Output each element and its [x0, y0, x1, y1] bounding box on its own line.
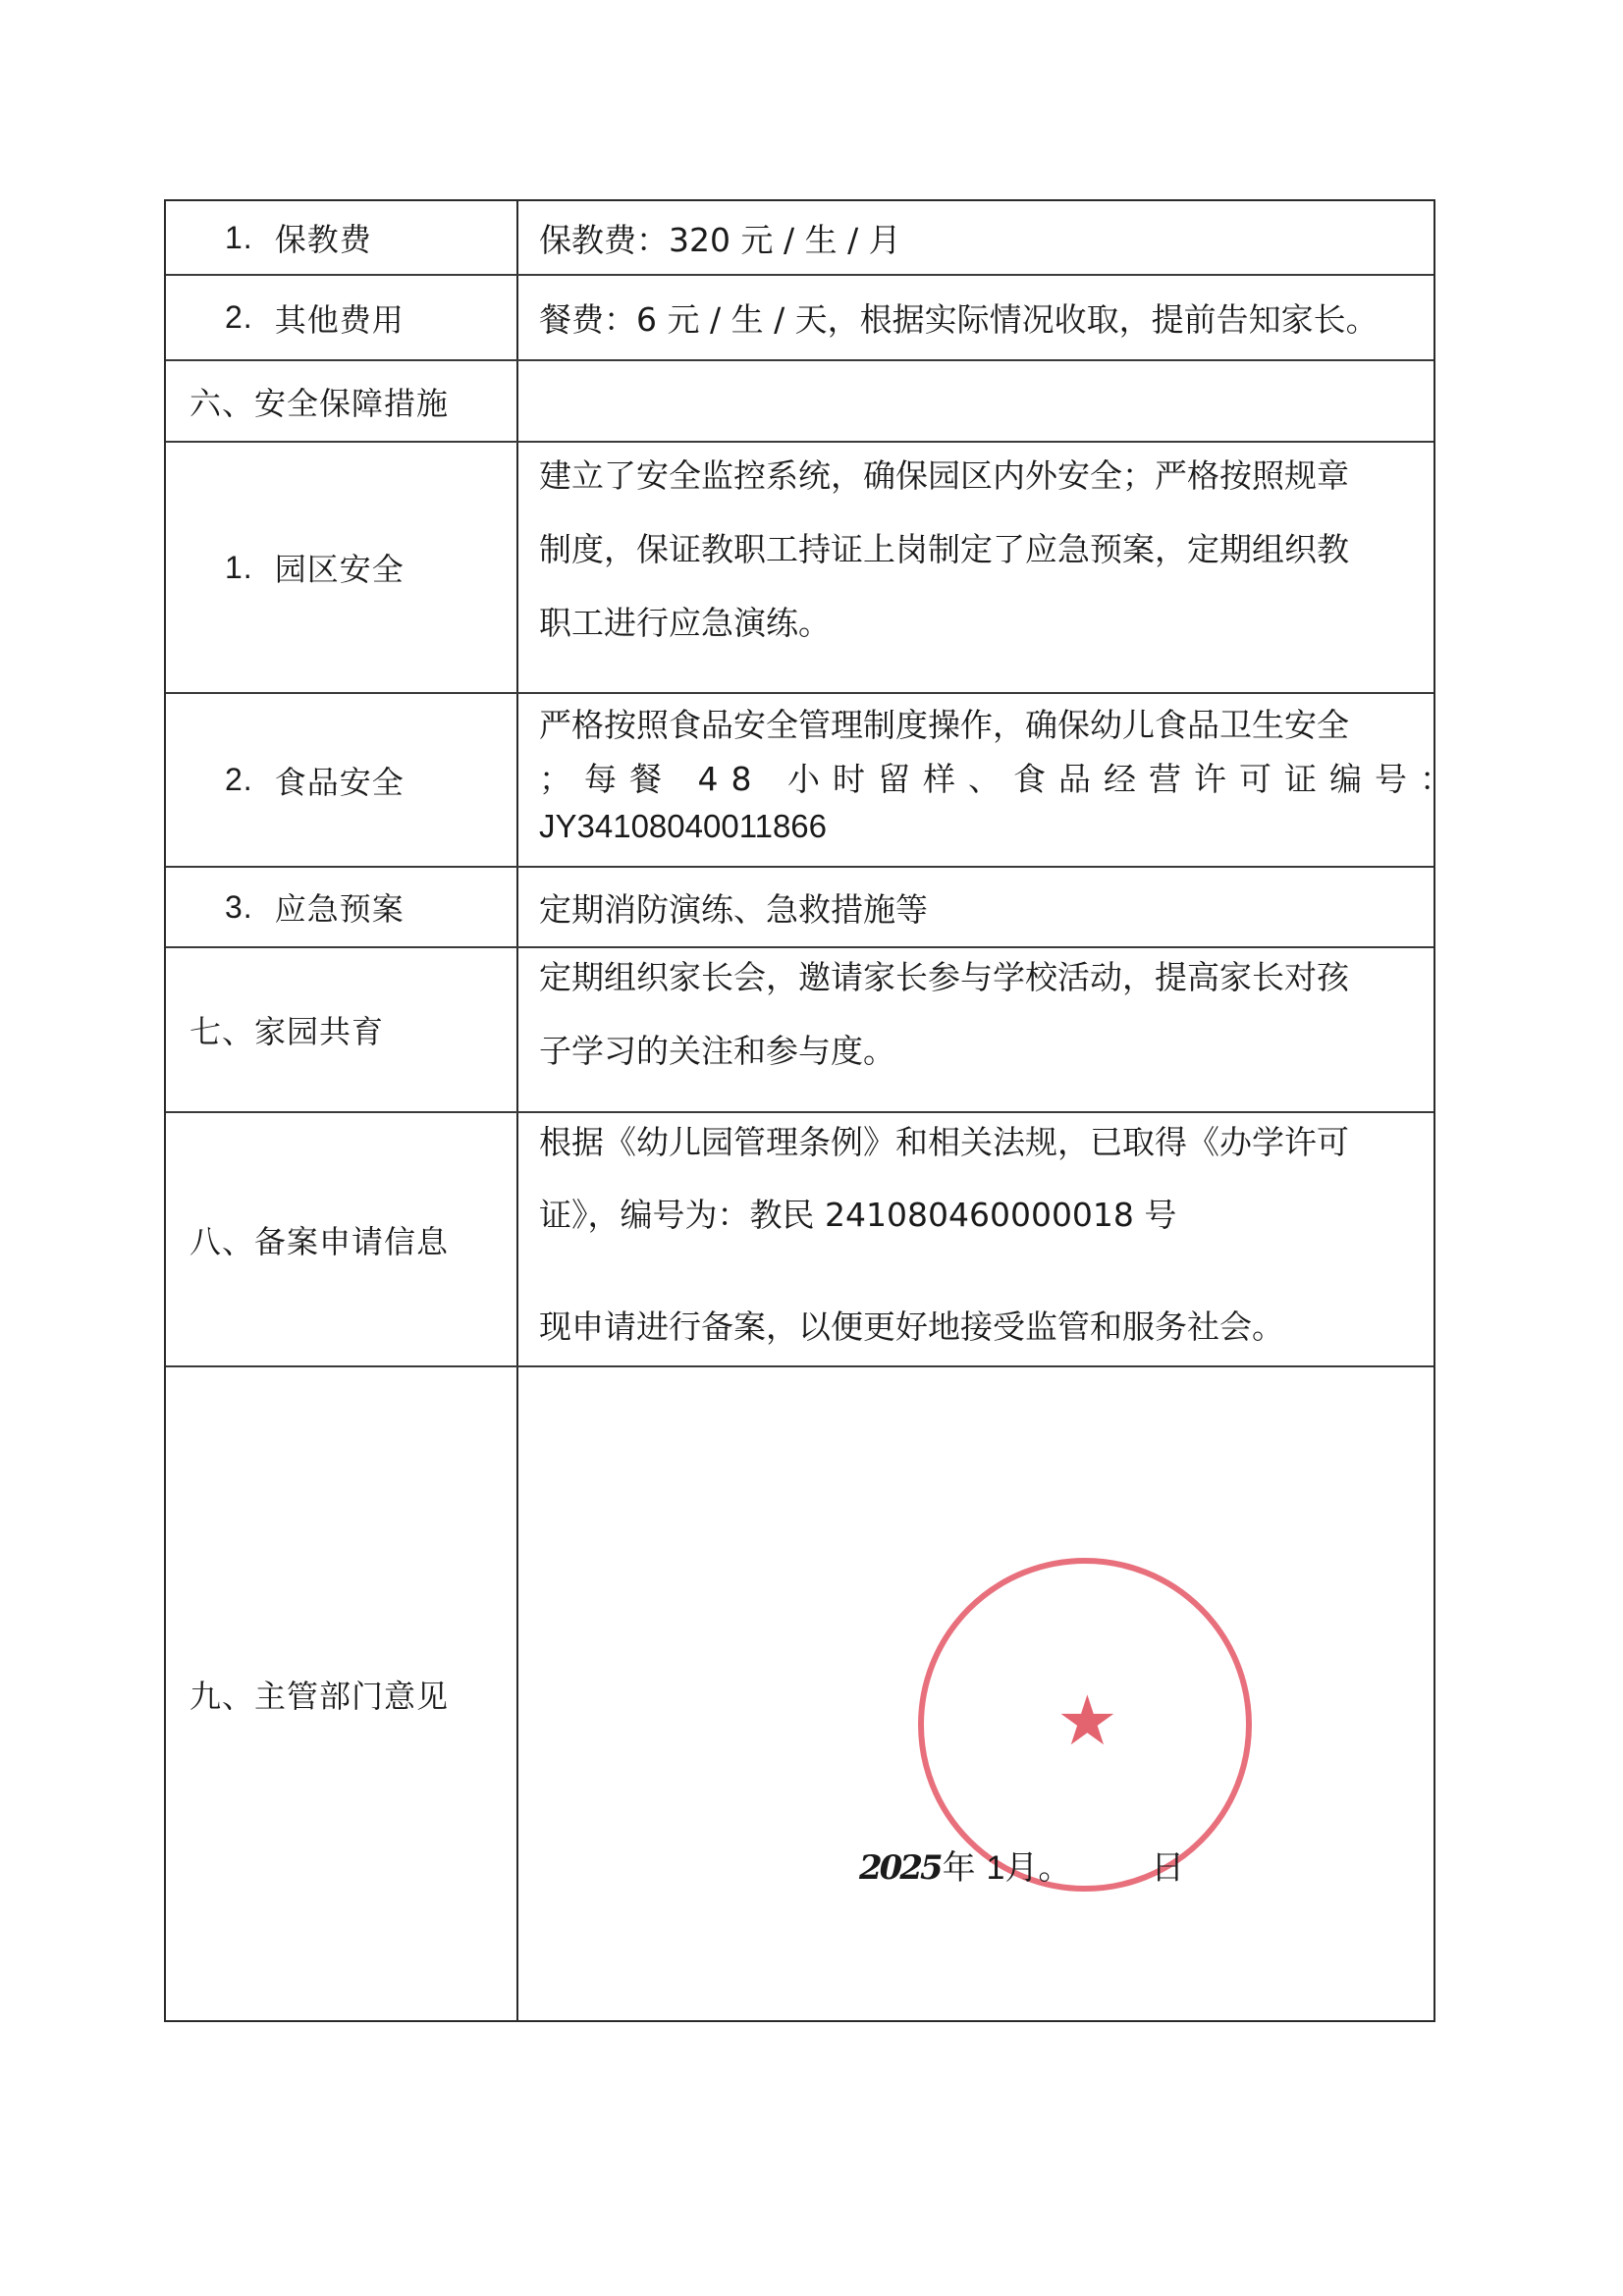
row-label: 2. 其他费用	[166, 276, 516, 359]
table-row-campus-safety: 1. 园区安全 建立了安全监控系统，确保园区内外安全；严格按照规章 制度，保证教…	[166, 441, 1434, 692]
table-row-food-safety: 2. 食品安全 严格按照食品安全管理制度操作，确保幼儿食品卫生安全 ；每餐 48…	[166, 692, 1434, 866]
table-row-filing-info: 八、备案申请信息 根据《幼儿园管理条例》和相关法规，已取得《办学许可 证》，编号…	[166, 1111, 1434, 1365]
section-label: 六、安全保障措施	[166, 361, 516, 441]
section-label: 八、备案申请信息	[166, 1113, 516, 1365]
table-row-emergency-plan: 3. 应急预案 定期消防演练、急救措施等	[166, 866, 1434, 946]
table-row-tuition: 1. 保教费 保教费：320 元 / 生 / 月	[166, 201, 1434, 274]
row-content: 定期组织家长会，邀请家长参与学校活动，提高家长对孩 子学习的关注和参与度。	[539, 948, 1424, 1111]
row-label: 1. 保教费	[166, 201, 516, 274]
row-content	[539, 361, 1424, 441]
row-label: 3. 应急预案	[166, 868, 516, 946]
row-content: 根据《幼儿园管理条例》和相关法规，已取得《办学许可 证》，编号为：教民 2410…	[539, 1113, 1424, 1365]
approval-date: 2025年 1月。 日	[859, 1841, 1184, 1889]
table-row-home-school: 七、家园共育 定期组织家长会，邀请家长参与学校活动，提高家长对孩 子学习的关注和…	[166, 946, 1434, 1111]
table-row-other-fees: 2. 其他费用 餐费：6 元 / 生 / 天，根据实际情况收取，提前告知家长。	[166, 274, 1434, 359]
handwritten-year: 2025	[859, 1848, 941, 1888]
table-row-safety-section: 六、安全保障措施	[166, 359, 1434, 441]
row-content: 餐费：6 元 / 生 / 天，根据实际情况收取，提前告知家长。	[539, 276, 1424, 359]
row-label: 1. 园区安全	[166, 443, 516, 692]
document-page: 1. 保教费 保教费：320 元 / 生 / 月 2. 其他费用 餐费：6 元 …	[0, 0, 1623, 2296]
row-content: 定期消防演练、急救措施等	[539, 868, 1424, 946]
row-content: 建立了安全监控系统，确保园区内外安全；严格按照规章 制度，保证教职工持证上岗制定…	[539, 443, 1424, 692]
section-label: 七、家园共育	[166, 948, 516, 1111]
star-icon: ★	[1056, 1686, 1118, 1755]
row-content: 保教费：320 元 / 生 / 月	[539, 201, 1424, 274]
row-label: 2. 食品安全	[166, 694, 516, 866]
section-label: 九、主管部门意见	[166, 1367, 516, 2020]
row-content: 严格按照食品安全管理制度操作，确保幼儿食品卫生安全 ；每餐 48 小时留样、食品…	[539, 694, 1424, 866]
